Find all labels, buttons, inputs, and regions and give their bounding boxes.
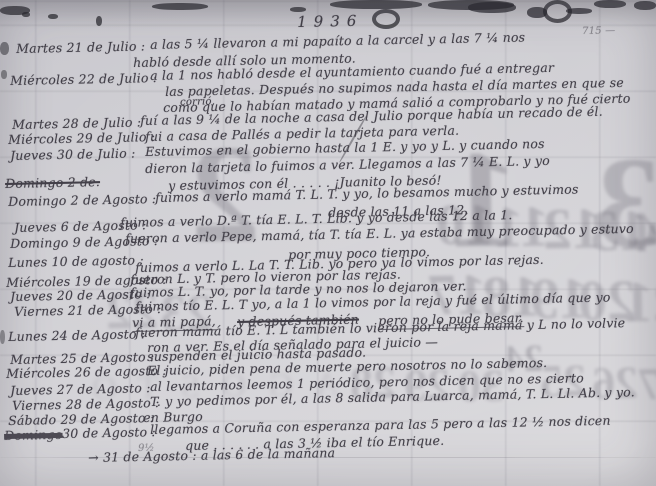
- entry-text: a las 5 ¼ llevaron a mi papaíto a la car…: [150, 30, 525, 52]
- entry-date: Lunes 10 de agosto ;: [8, 253, 144, 270]
- entry-date: Domingo: [4, 428, 63, 444]
- entry-text: 715 —: [582, 25, 615, 37]
- entry-date: Jueves 30 de Julio :: [10, 146, 136, 163]
- entry-date: Miércoles 22 de Julio :: [10, 71, 157, 88]
- entry-date: Martes 21 de Julio :: [16, 39, 145, 56]
- diary-page-photo: 2131011121314171819202122232428293025262…: [0, 0, 656, 486]
- handwriting-layer: 1936 715 —Martes 21 de Julio :a las 5 ¼ …: [0, 0, 656, 486]
- entry-date: Domingo 2 de Agosto :: [8, 192, 156, 209]
- entry-date: Domingo 2 de.: [5, 175, 100, 191]
- entry-date: 30 de Agosto :: [62, 425, 156, 441]
- entry-date: Miércoles 26 de agosto :: [6, 364, 167, 382]
- year-title: 1936: [297, 13, 364, 32]
- entry-date: Lunes 24 de Agosto :: [8, 327, 145, 344]
- entry-text: → 31 de Agosto : a las 6 de la mañana: [88, 446, 335, 465]
